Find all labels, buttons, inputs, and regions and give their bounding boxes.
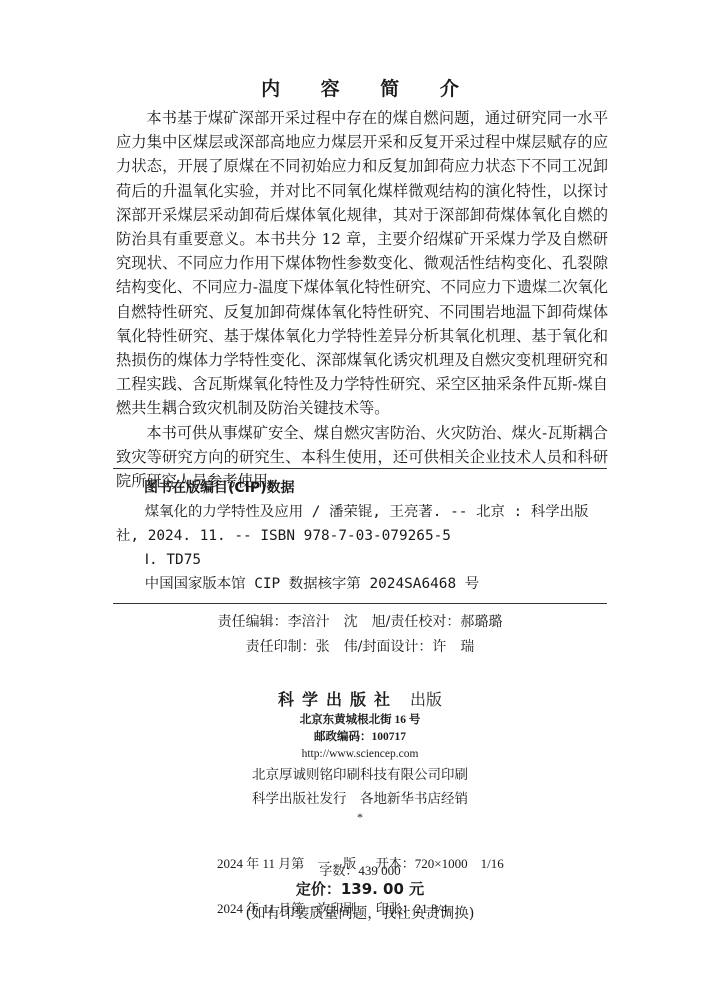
publisher-name: 科学出版社	[278, 692, 398, 709]
print-credits: 责任印制：张 伟/封面设计：许 瑞	[0, 635, 720, 660]
price: 定价：139. 00 元	[0, 878, 720, 899]
cip-heading: 图书在版编目(CIP)数据	[116, 476, 608, 500]
word-count: 字数：439 000	[0, 860, 720, 879]
copyright-page: 内 容 简 介 本书基于煤矿深部开采过程中存在的煤自燃问题，通过研究同一水平应力…	[0, 0, 720, 1000]
publisher-info: 科学出版社 出版 北京东黄城根北街 16 号 邮政编码：100717 http:…	[0, 690, 720, 823]
publisher-name-line: 科学出版社 出版	[0, 690, 720, 712]
book-summary: 本书基于煤矿深部开采过程中存在的煤自燃问题，通过研究同一水平应力集中区煤层或深部…	[116, 106, 608, 493]
separator-star: *	[0, 811, 720, 823]
cip-classification: Ⅰ. TD75	[116, 548, 608, 572]
cip-line: 煤氧化的力学特性及应用 / 潘荣锟, 王亮著. -- 北京 : 科学出版	[116, 500, 608, 524]
printer: 北京厚诚则铭印刷科技有限公司印刷	[0, 763, 720, 787]
editor-credits: 责任编辑：李涪汁 沈 旭/责任校对：郝璐璐	[0, 610, 720, 635]
quality-note: (如有印装质量问题，我社负责调换)	[0, 902, 720, 923]
publisher-suffix: 出版	[410, 692, 442, 709]
summary-paragraph: 本书基于煤矿深部开采过程中存在的煤自燃问题，通过研究同一水平应力集中区煤层或深部…	[116, 106, 608, 421]
publisher-postcode: 邮政编码：100717	[0, 729, 720, 746]
distribution: 科学出版社发行 各地新华书店经销	[0, 787, 720, 811]
staff-credits: 责任编辑：李涪汁 沈 旭/责任校对：郝璐璐 责任印制：张 伟/封面设计：许 瑞	[0, 610, 720, 660]
publisher-url: http://www.sciencep.com	[0, 746, 720, 763]
divider-bottom	[113, 603, 607, 604]
divider-top	[113, 468, 607, 469]
page-title: 内 容 简 介	[0, 74, 720, 101]
cip-data-block: 图书在版编目(CIP)数据 煤氧化的力学特性及应用 / 潘荣锟, 王亮著. --…	[116, 476, 608, 596]
publisher-address: 北京东黄城根北街 16 号	[0, 712, 720, 729]
cip-line: 社, 2024. 11. -- ISBN 978-7-03-079265-5	[116, 524, 608, 548]
cip-number: 中国国家版本馆 CIP 数据核字第 2024SA6468 号	[116, 572, 608, 596]
